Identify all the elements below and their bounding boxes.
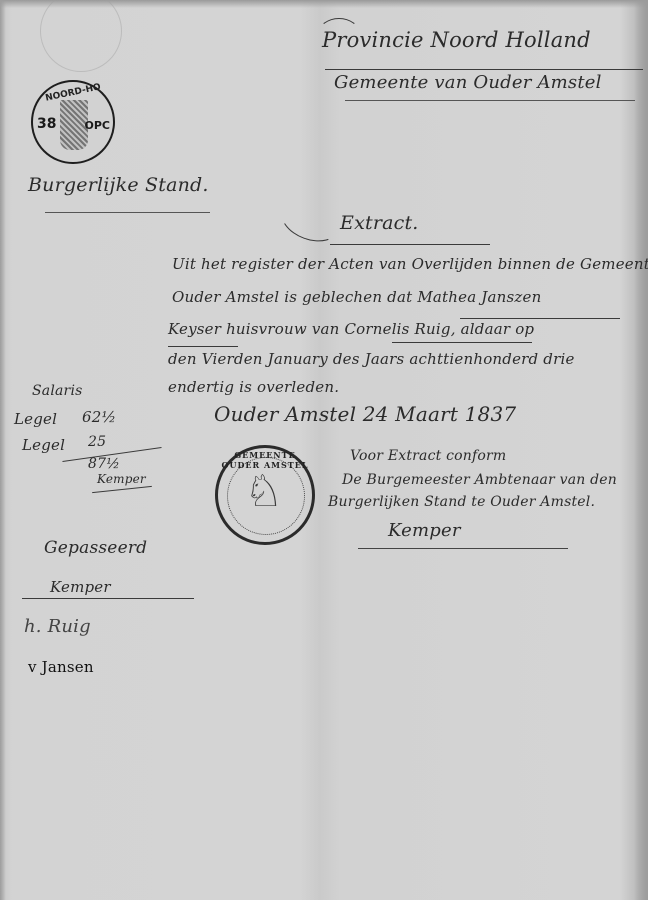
document-title: Extract. <box>340 212 419 234</box>
margin-name-2: v Jansen <box>28 658 94 676</box>
fees-signature: Kemper <box>97 472 146 486</box>
lion-icon: ♘ <box>244 468 283 516</box>
name-underline-keyser <box>168 346 238 347</box>
body-line-2: Ouder Amstel is geblechen dat Mathea Jan… <box>172 288 541 306</box>
fees-heading: Salaris <box>32 383 83 399</box>
name-underline-husband <box>392 342 532 343</box>
scan-right-edge <box>634 0 648 900</box>
body-line-1: Uit het register der Acten van Overlijde… <box>172 255 648 273</box>
header-rule-2 <box>345 100 635 101</box>
official-signature: Kemper <box>388 520 461 541</box>
fees-total: 87½ <box>88 456 120 472</box>
attestation-line-3: Burgerlijken Stand te Ouder Amstel. <box>328 494 595 510</box>
department-label: Burgerlijke Stand. <box>28 174 209 196</box>
title-underline <box>330 244 490 245</box>
municipal-seal: GEMEENTE OUDER AMSTEL ♘ <box>215 445 315 545</box>
fee-value-1: 62½ <box>82 408 116 426</box>
fee-label-2: Legel <box>22 436 65 454</box>
tax-stamp-suffix: OPC <box>85 119 111 132</box>
fee-value-2: 25 <box>88 434 106 450</box>
attestation-line-2: De Burgemeester Ambtenaar van den <box>342 472 617 488</box>
margin-name-1: h. Ruig <box>24 616 91 637</box>
place-date-line: Ouder Amstel 24 Maart 1837 <box>214 402 516 426</box>
approval-signature: Kemper <box>50 578 111 596</box>
signature-underline <box>358 548 568 549</box>
municipality-line: Gemeente van Ouder Amstel <box>334 72 602 93</box>
faint-stamp-impression <box>40 0 122 72</box>
name-underline-deceased <box>460 318 620 319</box>
department-underline <box>45 212 210 213</box>
attestation-line-1: Voor Extract conform <box>350 448 506 464</box>
body-line-3: Keyser huisvrouw van Cornelis Ruig, alda… <box>168 320 534 338</box>
header-rule-1 <box>325 69 643 70</box>
title-flourish <box>275 189 348 250</box>
fees-signature-underline <box>92 486 152 493</box>
tax-stamp: NOORD-HO 38 OPC <box>31 80 115 164</box>
approval-label: Gepasseerd <box>44 538 147 558</box>
approval-underline <box>22 598 194 599</box>
tax-stamp-number: 38 <box>37 116 56 132</box>
flourish-decoration <box>318 18 360 50</box>
scan-left-edge <box>0 0 6 900</box>
body-line-5: endertig is overleden. <box>168 378 339 396</box>
body-line-4: den Vierden January des Jaars achttienho… <box>168 350 575 368</box>
province-line: Provincie Noord Holland <box>322 28 591 52</box>
document-page: Provincie Noord Holland Gemeente van Oud… <box>0 0 648 900</box>
fee-label-1: Legel <box>14 410 57 428</box>
